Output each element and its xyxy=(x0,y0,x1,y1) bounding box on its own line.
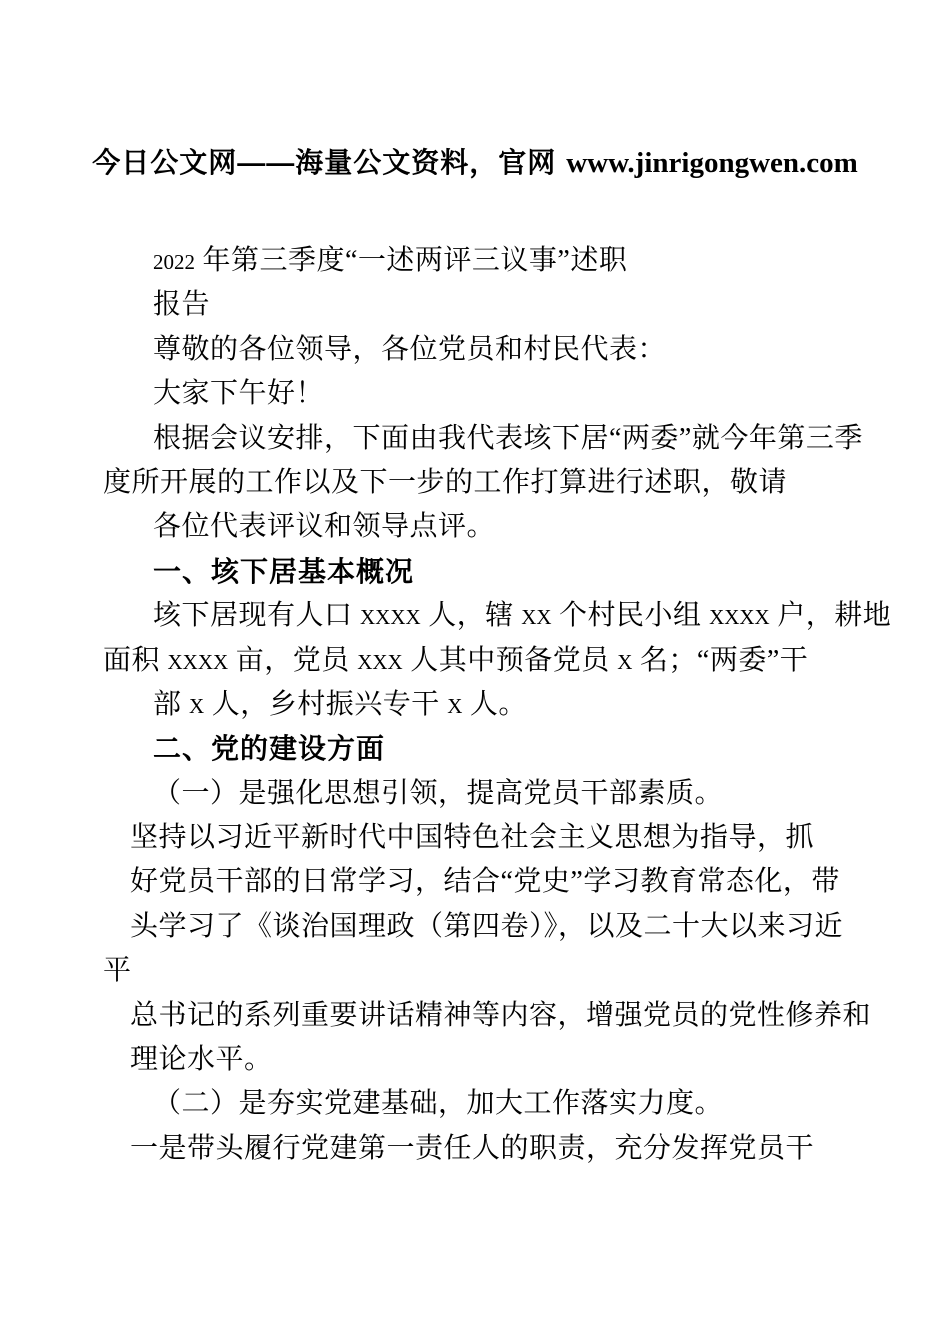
text-line: 总书记的系列重要讲话精神等内容，增强党员的党性修养和 xyxy=(130,994,918,1038)
text-line: 一是带头履行党建第一责任人的职责，充分发挥党员干 xyxy=(130,1127,918,1171)
latin-text: 2022 xyxy=(153,250,195,274)
document-page: { "page": { "background": "#ffffff", "te… xyxy=(0,0,950,1344)
text-line: 度所开展的工作以及下一步的工作打算进行述职，敬请 xyxy=(103,461,918,505)
site-header-title: 今日公文网——海量公文资料，官网 xyxy=(92,147,556,178)
text-line: 2022 年第三季度“一述两评三议事”述职 xyxy=(153,239,918,283)
text-line: 头学习了《谈治国理政（第四卷）》，以及二十大以来习近 xyxy=(130,905,918,949)
text-line: 各位代表评议和领导点评。 xyxy=(153,505,918,549)
text-line: 面积 XXXX 亩，党员 XXX 人其中预备党员 X 名；“两委”干 xyxy=(103,639,918,683)
text-line: 大家下午好！ xyxy=(153,372,918,416)
section-heading: 二、党的建设方面 xyxy=(153,727,918,771)
latin-text: XXXX xyxy=(360,605,421,629)
latin-text: XX xyxy=(521,605,551,629)
text-line: 坚持以习近平新时代中国特色社会主义思想为指导，抓 xyxy=(130,816,918,860)
text-line: 部 X 人，乡村振兴专干 X 人。 xyxy=(153,683,918,727)
text-line: 根据会议安排，下面由我代表垓下居“两委”就今年第三季 xyxy=(153,417,918,461)
page-background: 今日公文网——海量公文资料，官网www.jinrigongwen.com 202… xyxy=(0,0,950,1344)
text-line: 尊敬的各位领导，各位党员和村民代表： xyxy=(153,328,918,372)
text-line: 报告 xyxy=(153,283,918,327)
text-line: 好党员干部的日常学习，结合“党史”学习教育常态化，带 xyxy=(130,860,918,904)
text-line: （一）是强化思想引领，提高党员干部素质。 xyxy=(153,772,918,816)
latin-text: XXXX xyxy=(709,605,770,629)
latin-text: X xyxy=(617,650,632,674)
latin-text: X xyxy=(189,694,204,718)
document-body: 2022 年第三季度“一述两评三议事”述职报告尊敬的各位领导，各位党员和村民代表… xyxy=(103,239,918,1171)
latin-text: XXXX xyxy=(168,650,229,674)
text-line: 理论水平。 xyxy=(130,1038,918,1082)
text-line: （二）是夯实党建基础，加大工作落实力度。 xyxy=(153,1082,918,1126)
latin-text: XXX xyxy=(357,650,403,674)
latin-text: X xyxy=(447,694,462,718)
site-header: 今日公文网——海量公文资料，官网www.jinrigongwen.com xyxy=(0,143,950,188)
site-header-url: www.jinrigongwen.com xyxy=(566,147,858,179)
text-line: 平 xyxy=(103,949,918,993)
text-line: 垓下居现有人口 XXXX 人，辖 XX 个村民小组 XXXX 户，耕地 xyxy=(153,594,918,638)
section-heading: 一、垓下居基本概况 xyxy=(153,550,918,594)
